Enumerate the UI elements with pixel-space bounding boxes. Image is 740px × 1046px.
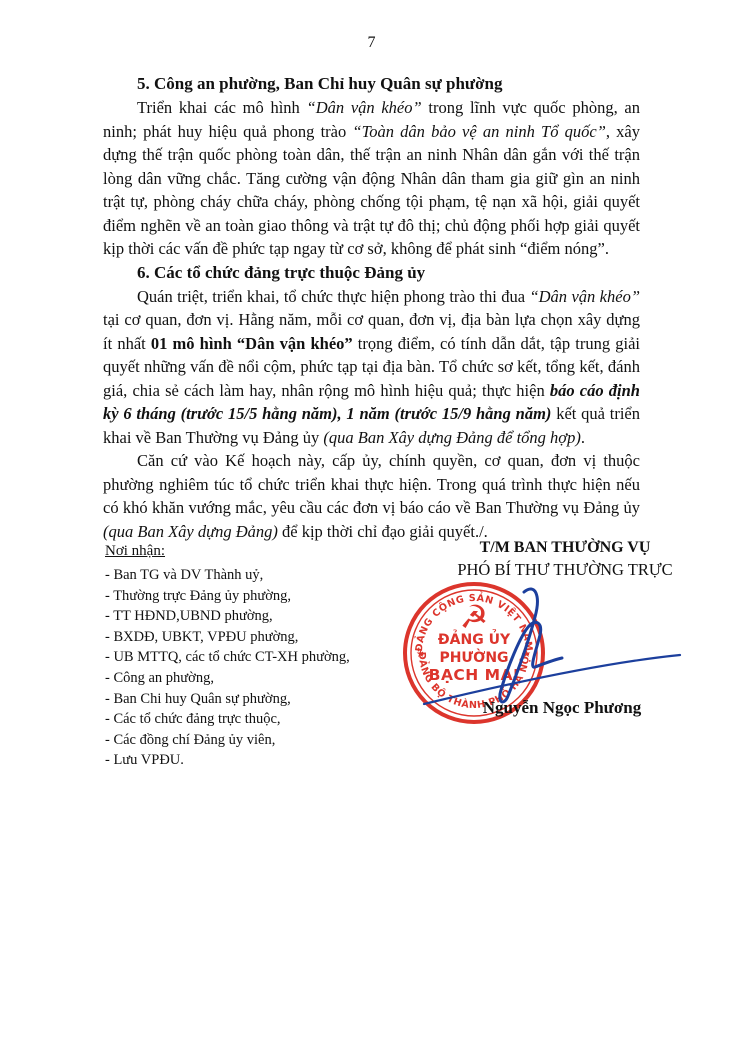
- text-segment: “Toàn dân bảo vệ an ninh Tổ quốc”: [352, 122, 605, 141]
- recipient-item: - UB MTTQ, các tổ chức CT-XH phường,: [105, 647, 405, 668]
- text-segment: (qua Ban Xây dựng Đảng): [103, 522, 278, 541]
- recipients-list: - Ban TG và DV Thành uỷ,- Thường trực Đả…: [105, 565, 405, 771]
- recipient-item: - Các tổ chức đảng trực thuộc,: [105, 709, 405, 730]
- section-6-paragraph: Quán triệt, triển khai, tổ chức thực hiệ…: [103, 285, 640, 450]
- text-segment: (qua Ban Xây dựng Đảng để tổng hợp): [323, 428, 580, 447]
- recipient-item: - Ban TG và DV Thành uỷ,: [105, 565, 405, 586]
- text-segment: .: [581, 428, 585, 447]
- text-segment: “Dân vận khéo”: [307, 98, 422, 117]
- text-segment: Quán triệt, triển khai, tổ chức thực hiệ…: [137, 287, 529, 306]
- section-5-paragraph: Triển khai các mô hình “Dân vận khéo” tr…: [103, 96, 640, 261]
- text-segment: Triển khai các mô hình: [137, 98, 307, 117]
- recipients-heading: Nơi nhận:: [105, 541, 405, 561]
- recipient-item: - Các đồng chí Đảng ủy viên,: [105, 730, 405, 751]
- section-5-heading: 5. Công an phường, Ban Chỉ huy Quân sự p…: [137, 72, 640, 96]
- recipient-item: - BXDĐ, UBKT, VPĐU phường,: [105, 627, 405, 648]
- document-body: 7 5. Công an phường, Ban Chỉ huy Quân sự…: [0, 0, 740, 543]
- text-segment: “Dân vận khéo”: [529, 287, 640, 306]
- recipients-block: Nơi nhận: - Ban TG và DV Thành uỷ,- Thườ…: [105, 541, 405, 771]
- recipient-item: - Ban Chi huy Quân sự phường,: [105, 689, 405, 710]
- recipient-item: - TT HĐND,UBND phường,: [105, 606, 405, 627]
- text-segment: Căn cứ vào Kế hoạch này, cấp ủy, chính q…: [103, 451, 640, 517]
- signer-name: Nguyễn Ngọc Phương: [422, 697, 702, 719]
- page-number: 7: [103, 0, 640, 53]
- recipient-item: - Thường trực Đảng ủy phường,: [105, 586, 405, 607]
- closing-paragraph: Căn cứ vào Kế hoạch này, cấp ủy, chính q…: [103, 449, 640, 543]
- recipient-item: - Lưu VPĐU.: [105, 750, 405, 771]
- document-page: 7 5. Công an phường, Ban Chỉ huy Quân sự…: [0, 0, 740, 1046]
- text-segment: 01 mô hình “Dân vận khéo”: [151, 334, 353, 353]
- signature-org-line: T/M BAN THƯỜNG VỤ: [405, 538, 725, 558]
- recipient-item: - Công an phường,: [105, 668, 405, 689]
- text-segment: , xây dựng thế trận quốc phòng toàn dân,…: [103, 122, 640, 259]
- section-6-heading: 6. Các tổ chức đảng trực thuộc Đảng ủy: [137, 261, 640, 285]
